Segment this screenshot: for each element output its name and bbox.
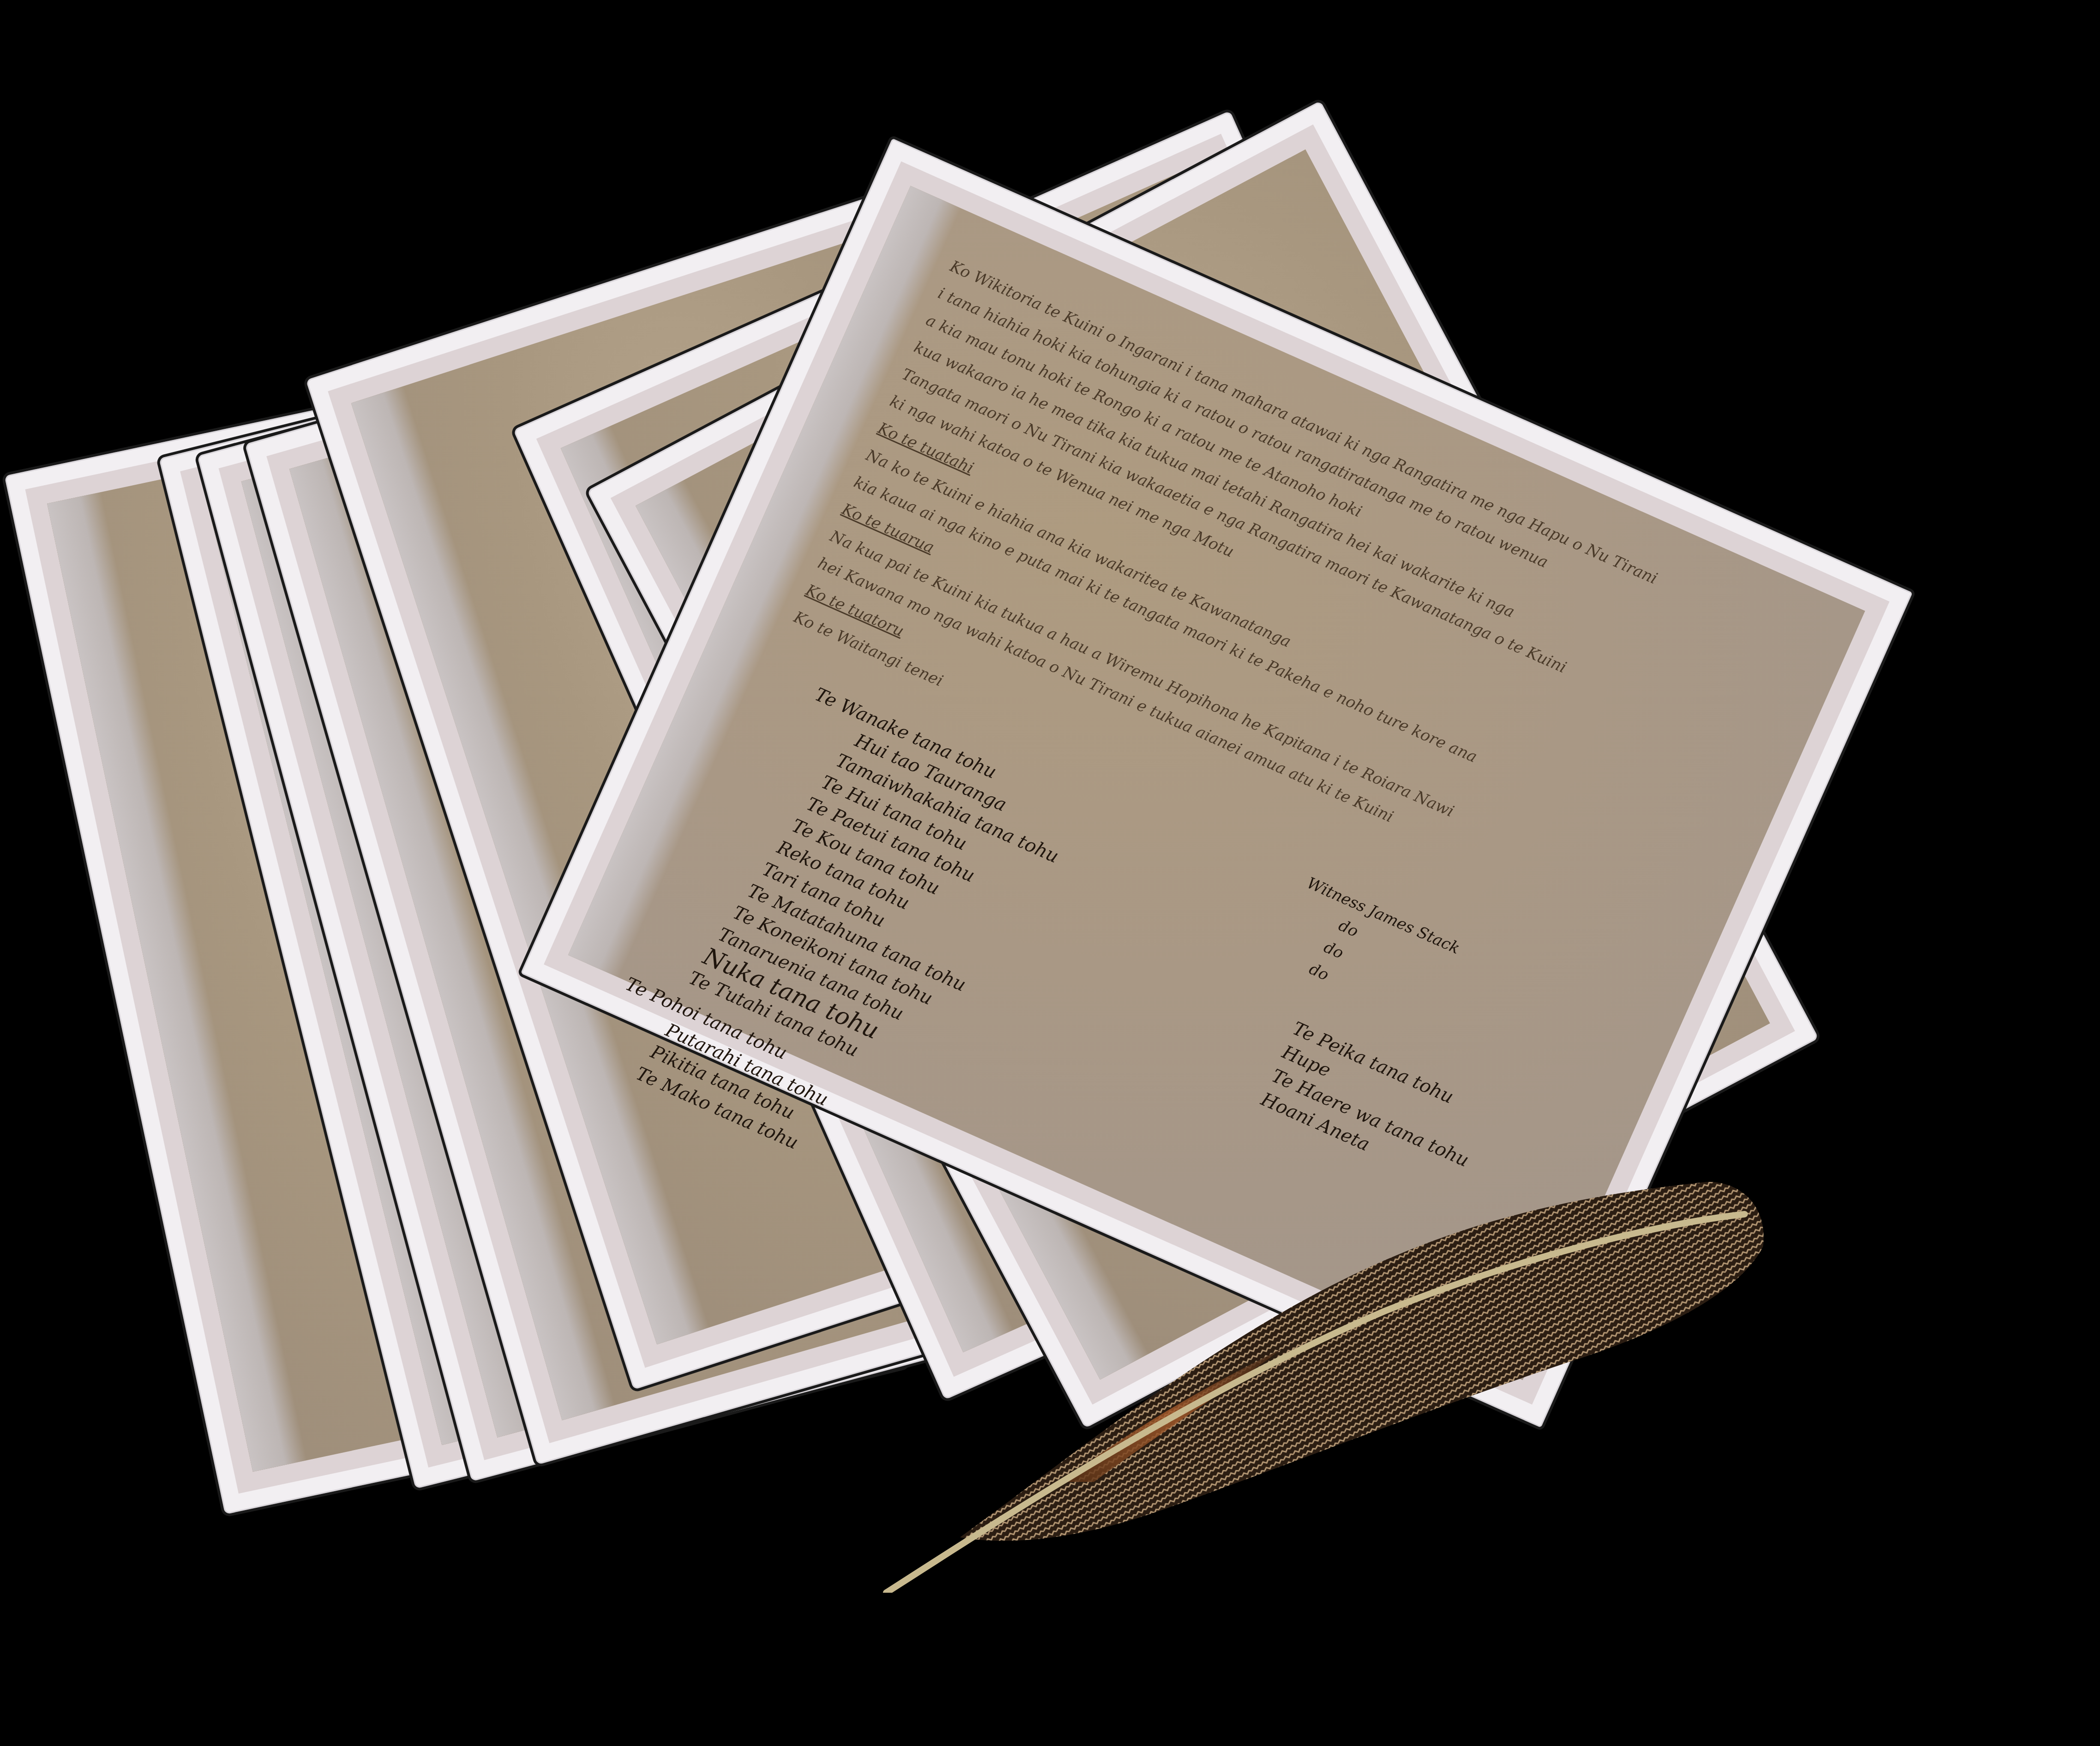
feather-quill-icon bbox=[877, 1131, 1800, 1593]
photo-scene: Ko Wikitoria te Kuini o Ingarani i tana … bbox=[0, 0, 2100, 1746]
